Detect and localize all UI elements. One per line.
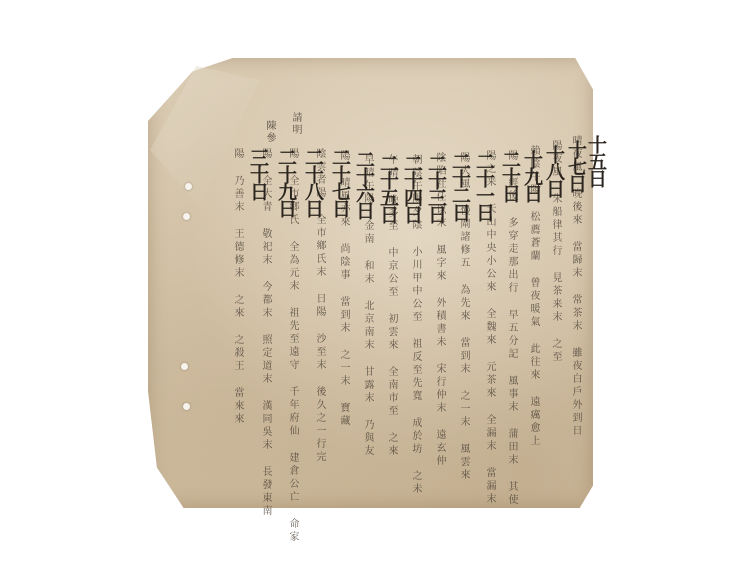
diary-entry: 陽 乃善末 王德修末 之來 之殺王 當來來: [230, 148, 245, 426]
date-heading: 三十日: [245, 148, 272, 420]
date-heading: 二十二日: [447, 152, 474, 462]
date-heading: 二十一日: [471, 152, 498, 476]
manuscript-photo: 請明 陳參 十五日 晴夜風 晚後來 當歸末 常茶末 雖夜白戶外到日 十七日 陽夜…: [0, 0, 734, 571]
date-heading: 二十六日: [351, 150, 378, 422]
date-column: 三十日 陽 乃善末 王德修末 之來 之殺王 當來來: [230, 148, 272, 426]
binding-hole: [183, 213, 190, 220]
date-heading: 二十四日: [399, 154, 426, 452]
annotation-note: 陳參: [262, 120, 277, 144]
binding-hole: [185, 183, 192, 190]
binding-hole: [183, 403, 190, 410]
date-heading: 二十日: [497, 150, 524, 500]
date-heading: 二十五日: [375, 154, 402, 452]
annotation-note: 請明: [288, 112, 303, 136]
binding-hole: [181, 363, 188, 370]
date-heading: 二十九日: [273, 148, 300, 512]
date-heading: 二十八日: [300, 148, 327, 538]
date-heading: 二十七日: [327, 148, 354, 458]
date-heading: 二十三日: [423, 154, 450, 490]
